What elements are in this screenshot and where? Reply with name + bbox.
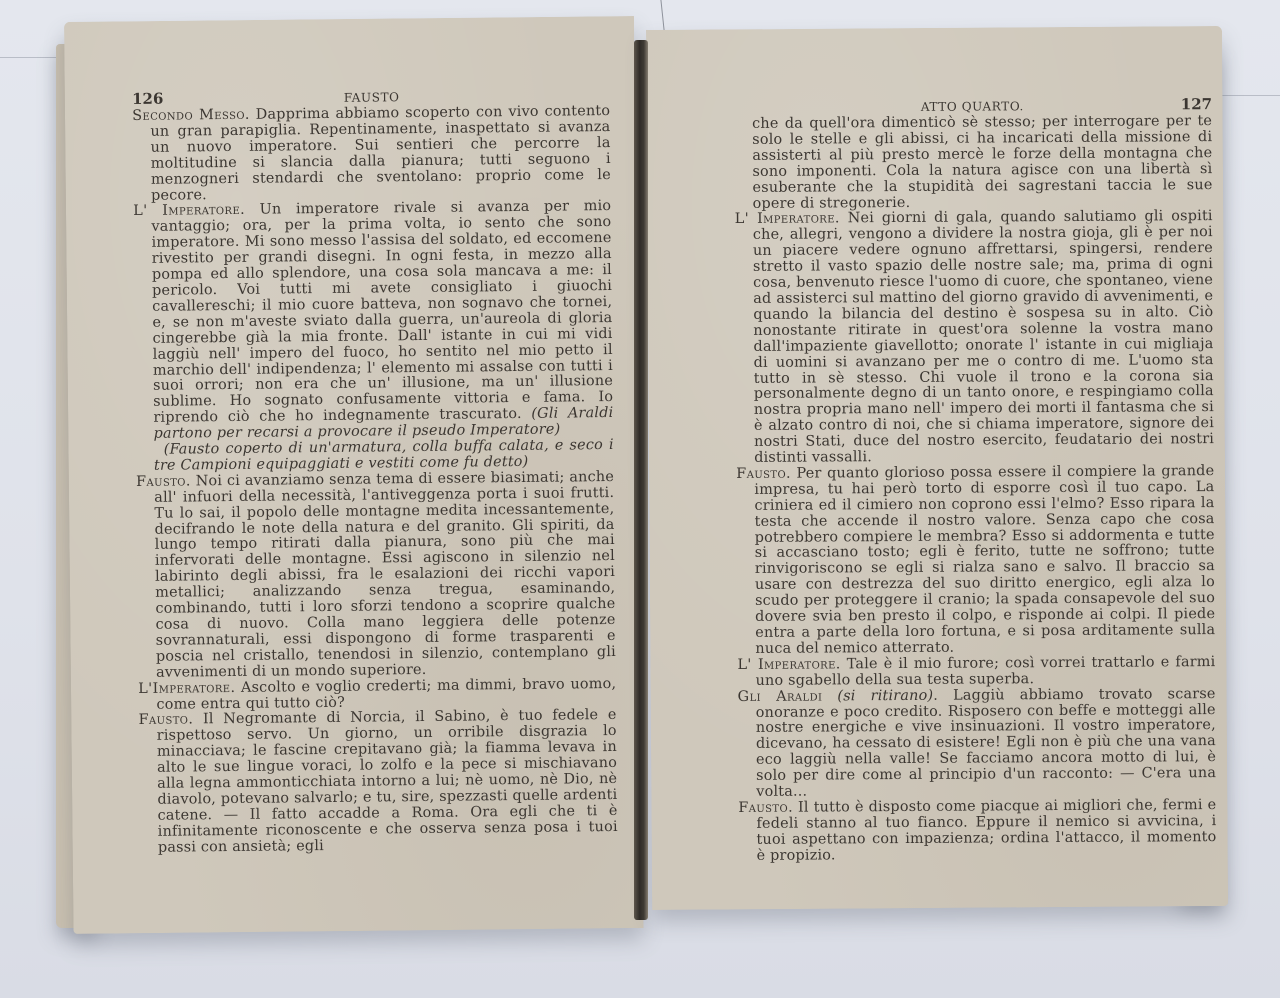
book-spine-gutter [634, 40, 648, 920]
page-number: 126 [132, 92, 163, 108]
speech-block: Secondo Messo. Dapprima abbiamo scoperto… [132, 104, 611, 204]
page-number: 127 [1181, 97, 1212, 113]
speech-block: Fausto. Il tutto è disposto come piacque… [738, 798, 1216, 865]
speaker-name: Gli Araldi [738, 688, 823, 705]
speech-block: L' Imperatore. Un imperatore rivale si a… [133, 199, 613, 443]
speech-text: Noi ci avanziamo senza tema di essere bi… [154, 469, 616, 681]
table-edge-line [1220, 95, 1280, 96]
speech-block: Fausto. Noi ci avanziamo senza tema di e… [136, 470, 616, 682]
speaker-name: Fausto. [736, 466, 791, 482]
speaker-name: L'Imperatore. [138, 680, 235, 697]
left-page-text: 126 FAUSTO Secondo Messo. Dapprima abbia… [132, 87, 618, 857]
surface-crack [660, 0, 667, 30]
stage-direction: (si ritirano) [822, 687, 933, 704]
speech-text: Un imperatore rivale si avanza per mio v… [151, 198, 613, 426]
speaker-name: L' Imperatore. [737, 656, 840, 673]
right-page-text: ATTO QUARTO. 127 che da quell'ora diment… [734, 97, 1217, 864]
speech-text: Il tutto è disposto come piacque ai migl… [756, 797, 1216, 864]
speaker-name: Secondo Messo. [132, 107, 250, 124]
speech-block: Fausto. Il Negromante di Norcia, il Sabi… [139, 708, 618, 856]
speaker-name: L' Imperatore. [735, 211, 840, 228]
speaker-name: Fausto. [738, 800, 793, 816]
continuation-text: che da quell'ora dimenticò sè stesso; pe… [734, 114, 1213, 212]
speech-text: Il Negromante di Norcia, il Sabino, è tu… [157, 707, 618, 855]
speech-block: Fausto. Per quanto glorioso possa essere… [736, 464, 1215, 658]
speaker-name: Fausto. [136, 473, 191, 490]
speaker-name: L' Imperatore. [133, 202, 245, 219]
speech-block: L' Imperatore. Nei giorni di gala, quand… [735, 210, 1215, 467]
speech-text: Per quanto glorioso possa essere il comp… [754, 463, 1215, 657]
speaker-name: Fausto. [138, 712, 193, 729]
speech-text: Nei giorni di gala, quando salutiamo gli… [753, 209, 1214, 466]
speech-block: Gli Araldi (si ritirano). Laggiù abbiamo… [738, 687, 1217, 801]
table-edge-line [0, 57, 60, 58]
speech-block: L' Imperatore. Tale è il mio furore; cos… [737, 655, 1215, 690]
